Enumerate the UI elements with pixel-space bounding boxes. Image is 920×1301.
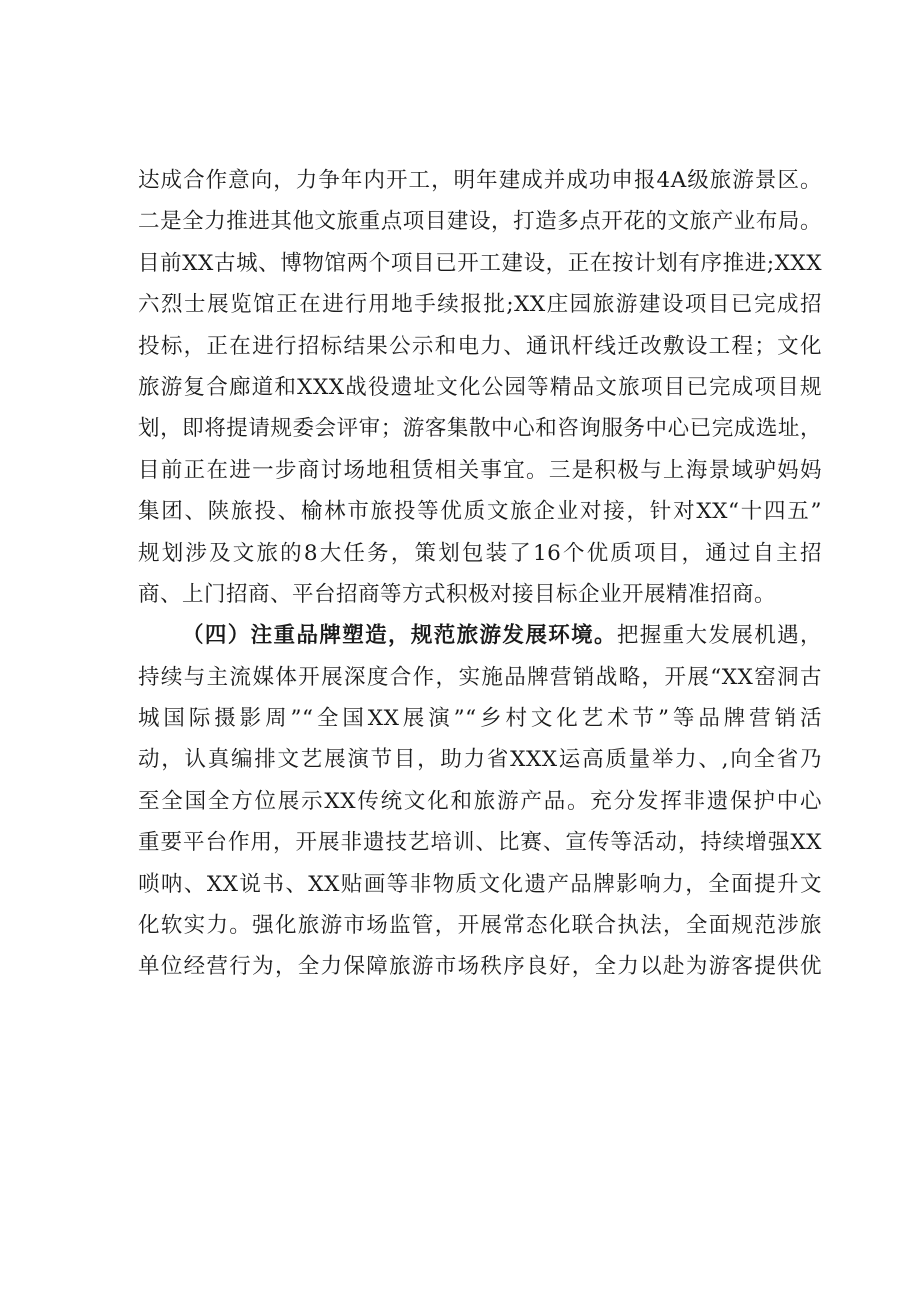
paragraph-line: 唢呐、XX说书、XX贴画等非物质文化遗产品牌影响力，全面提升文	[138, 864, 822, 905]
paragraph-line: 持续与主流媒体开展深度合作，实施品牌营销战略，开展“XX窑洞古	[138, 657, 822, 698]
paragraph-line: 集团、陕旅投、榆林市旅投等优质文旅企业对接，针对XX“十四五”	[138, 491, 822, 532]
paragraph-line: 目前XX古城、博物馆两个项目已开工建设，正在按计划有序推进;XXX	[138, 243, 822, 284]
paragraph-line: 重要平台作用，开展非遗技艺培训、比赛、宣传等活动，持续增强XX	[138, 822, 822, 863]
paragraph-line: 划，即将提请规委会评审；游客集散中心和咨询服务中心已完成选址，	[138, 408, 822, 449]
paragraph-line: 单位经营行为，全力保障旅游市场秩序良好，全力以赴为游客提供优	[138, 946, 822, 987]
section-heading-rest: 把握重大发展机遇，	[617, 623, 822, 648]
paragraph-line: 投标，正在进行招标结果公示和电力、通讯杆线迁改敷设工程；文化	[138, 326, 822, 367]
paragraph-line: 六烈士展览馆正在进行用地手续报批;XX庄园旅游建设项目已完成招	[138, 284, 822, 325]
paragraph-line: 化软实力。强化旅游市场监管，开展常态化联合执法，全面规范涉旅	[138, 905, 822, 946]
paragraph-line: 至全国全方位展示XX传统文化和旅游产品。充分发挥非遗保护中心	[138, 781, 822, 822]
paragraph-line: 规划涉及文旅的8大任务，策划包装了16个优质项目，通过自主招	[138, 533, 822, 574]
paragraph-line: 目前正在进一步商讨场地租赁相关事宜。三是积极与上海景域驴妈妈	[138, 450, 822, 491]
paragraph-line: 商、上门招商、平台招商等方式积极对接目标企业开展精准招商。	[138, 574, 822, 615]
paragraph-line: 旅游复合廊道和XXX战役遗址文化公园等精品文旅项目已完成项目规	[138, 367, 822, 408]
paragraph-line: 城国际摄影周”“全国XX展演”“乡村文化艺术节”等品牌营销活	[138, 698, 822, 739]
section-heading-line: （四）注重品牌塑造，规范旅游发展环境。把握重大发展机遇，	[138, 615, 822, 656]
section-heading: （四）注重品牌塑造，规范旅游发展环境。	[182, 623, 617, 648]
paragraph-line: 动，认真编排文艺展演节目，助力省XXX运高质量举力、,向全省乃	[138, 739, 822, 780]
paragraph-line: 二是全力推进其他文旅重点项目建设，打造多点开花的文旅产业布局。	[138, 201, 822, 242]
paragraph-line: 达成合作意向，力争年内开工，明年建成并成功申报4A级旅游景区。	[138, 160, 822, 201]
document-page: 达成合作意向，力争年内开工，明年建成并成功申报4A级旅游景区。 二是全力推进其他…	[138, 160, 822, 988]
